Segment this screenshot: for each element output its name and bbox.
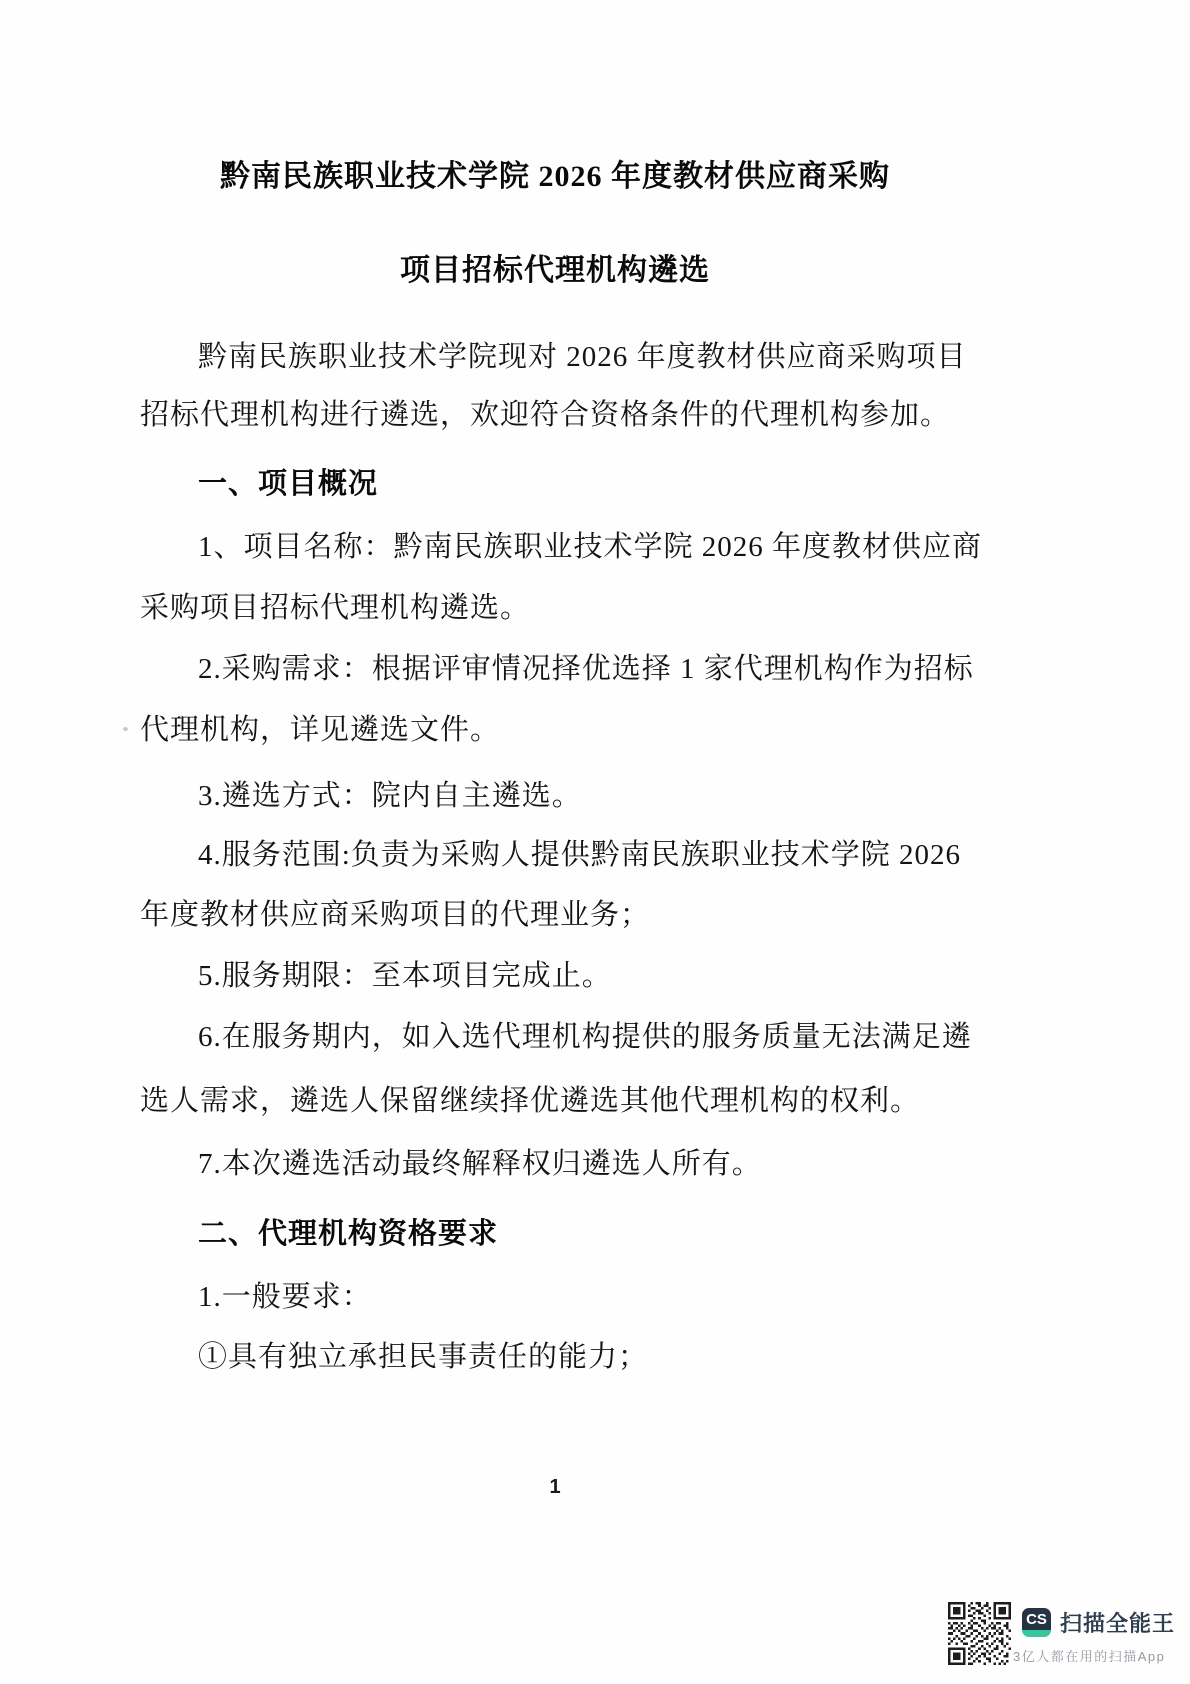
qr-code-icon	[948, 1602, 1011, 1665]
scanned-document-page: 黔南民族职业技术学院 2026 年度教材供应商采购 项目招标代理机构遴选 黔南民…	[0, 0, 1190, 1684]
section-heading-1: 一、项目概况	[140, 468, 1098, 501]
doc-line: 5.服务期限：至本项目完成止。	[140, 960, 1098, 993]
doc-line: 4.服务范围:负责为采购人提供黔南民族职业技术学院 2026	[140, 839, 1098, 872]
doc-title-line-2: 项目招标代理机构遴选	[140, 254, 970, 288]
doc-line: 6.在服务期内，如入选代理机构提供的服务质量无法满足遴	[140, 1021, 1098, 1054]
section-heading-2: 二、代理机构资格要求	[140, 1218, 1098, 1251]
camscanner-logo-icon: CS	[1022, 1608, 1051, 1637]
doc-line: 采购项目招标代理机构遴选。	[140, 592, 1040, 625]
doc-line: 黔南民族职业技术学院现对 2026 年度教材供应商采购项目	[140, 341, 1098, 374]
camscanner-app-name: 扫描全能王	[1060, 1607, 1175, 1638]
doc-line: 招标代理机构进行遴选，欢迎符合资格条件的代理机构参加。	[140, 399, 1040, 432]
page-number: 1	[140, 1476, 970, 1499]
doc-line: 选人需求，遴选人保留继续择优遴选其他代理机构的权利。	[140, 1085, 1040, 1118]
doc-line: 7.本次遴选活动最终解释权归遴选人所有。	[140, 1148, 1098, 1181]
doc-line: 3.遴选方式：院内自主遴选。	[140, 780, 1098, 813]
doc-line: 2.采购需求：根据评审情况择优选择 1 家代理机构作为招标	[140, 653, 1098, 686]
doc-line: ①具有独立承担民事责任的能力；	[140, 1341, 1098, 1374]
camscanner-tagline: 3亿人都在用的扫描App	[1013, 1646, 1165, 1665]
cs-monogram: CS	[1026, 1611, 1047, 1628]
doc-title-line-1: 黔南民族职业技术学院 2026 年度教材供应商采购	[140, 160, 970, 194]
scan-artifact-dot	[123, 727, 128, 731]
doc-line: 1、项目名称：黔南民族职业技术学院 2026 年度教材供应商	[140, 531, 1098, 564]
doc-line: 年度教材供应商采购项目的代理业务；	[140, 899, 1040, 932]
doc-line: 1.一般要求：	[140, 1281, 1098, 1314]
doc-line: 代理机构，详见遴选文件。	[140, 714, 1040, 747]
